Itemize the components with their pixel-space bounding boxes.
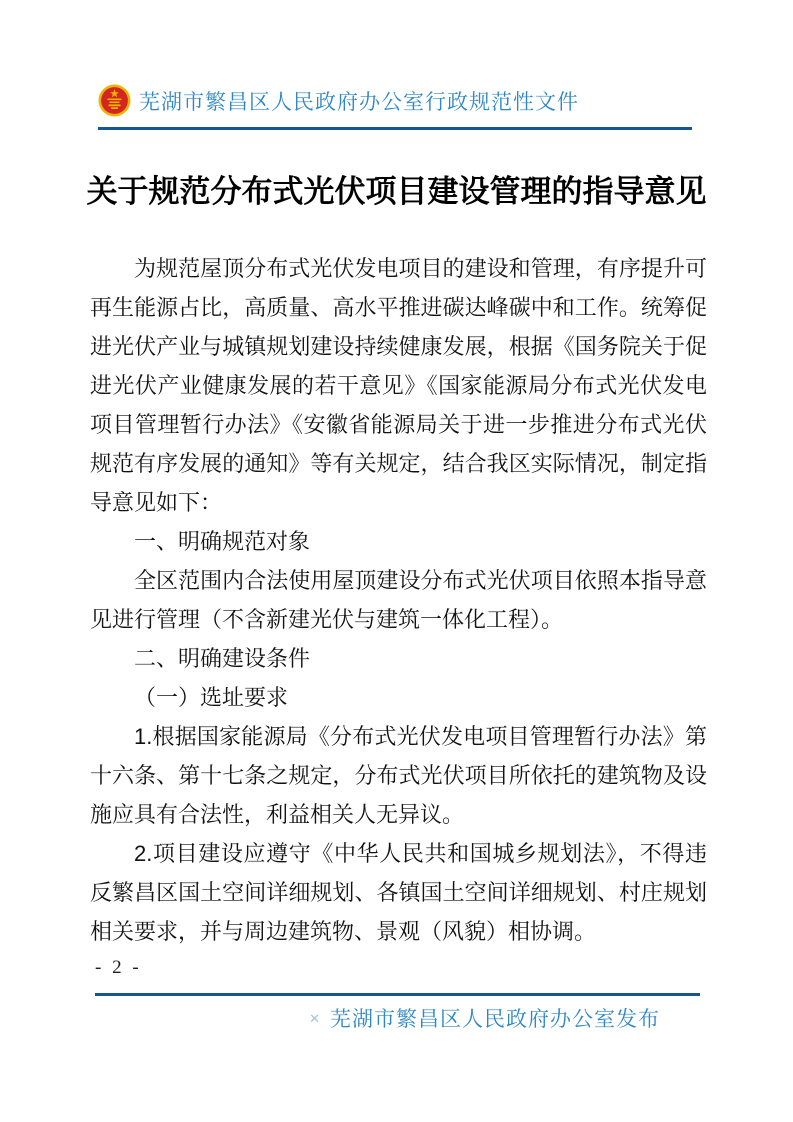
publisher-row: ✕ 芜湖市繁昌区人民政府办公室发布 — [309, 1003, 660, 1033]
publisher-text: 芜湖市繁昌区人民政府办公室发布 — [330, 1003, 660, 1033]
national-emblem-icon — [98, 84, 131, 117]
body-heading-section-2: 二、明确建设条件 — [90, 639, 707, 678]
body-paragraph-item-1: 1.根据国家能源局《分布式光伏发电项目管理暂行办法》第十六条、第十七条之规定，分… — [90, 717, 707, 834]
document-page: 芜湖市繁昌区人民政府办公室行政规范性文件 关于规范分布式光伏项目建设管理的指导意… — [0, 0, 793, 1122]
body-paragraph-intro: 为规范屋顶分布式光伏发电项目的建设和管理，有序提升可再生能源占比，高质量、高水平… — [90, 249, 707, 522]
masthead-title: 芜湖市繁昌区人民政府办公室行政规范性文件 — [139, 86, 579, 116]
body-heading-section-1: 一、明确规范对象 — [90, 522, 707, 561]
body-paragraph-scope: 全区范围内合法使用屋顶建设分布式光伏项目依照本指导意见进行管理（不含新建光伏与建… — [90, 561, 707, 639]
document-title: 关于规范分布式光伏项目建设管理的指导意见 — [0, 166, 793, 211]
masthead: 芜湖市繁昌区人民政府办公室行政规范性文件 — [98, 84, 705, 130]
body-paragraph-item-2: 2.项目建设应遵守《中华人民共和国城乡规划法》，不得违反繁昌区国土空间详细规划、… — [90, 834, 707, 951]
body-heading-subsection-1: （一）选址要求 — [90, 678, 707, 717]
masthead-divider — [98, 127, 692, 130]
document-body: 为规范屋顶分布式光伏发电项目的建设和管理，有序提升可再生能源占比，高质量、高水平… — [90, 249, 707, 951]
page-number: - 2 - — [95, 957, 142, 979]
footer-divider — [95, 993, 700, 996]
broken-image-artifact-icon: ✕ — [309, 1012, 320, 1025]
